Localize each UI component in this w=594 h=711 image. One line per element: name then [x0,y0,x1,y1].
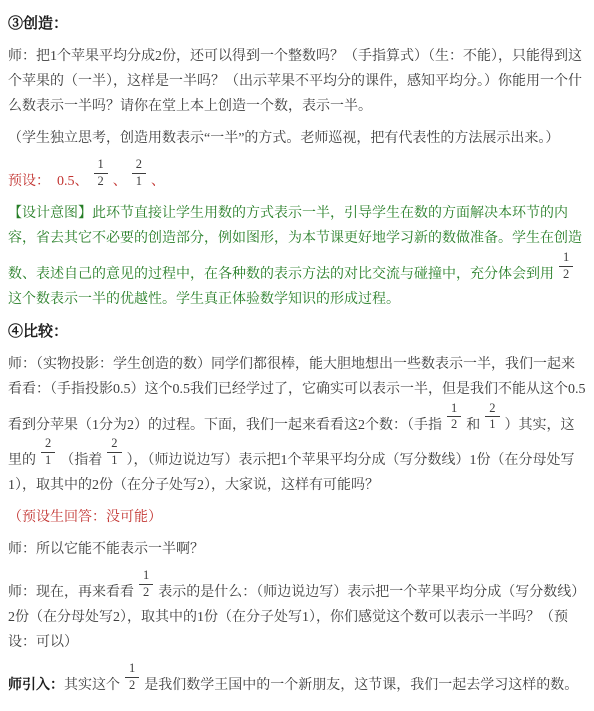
paragraph: 师：（实物投影：学生创造的数）同学们都很棒，能大胆地想出一些数表示一半，我们一起… [8,352,586,499]
text-run: 师：现在，再来看看 [8,585,134,600]
text-run: 其实这个 [64,678,120,693]
fraction-denominator: 2 [125,678,139,693]
fraction-denominator: 2 [94,174,108,189]
fraction: 21 [107,437,121,468]
fraction-denominator: 1 [107,453,121,468]
text-run: 这个数表示一半的优越性。学生真正体验数学知识的形成过程。 [8,292,400,307]
text-run: 、 [113,174,127,189]
paragraph: 师：现在，再来看看12表示的是什么：（师边说边写）表示把一个苹果平均分成（写分数… [8,569,586,655]
text-run: 、 [151,174,165,189]
text-run: （学生独立思考，创造用数表示“一半”的方式。老师巡视，把有代表性的方法展示出来。… [8,131,559,146]
text-run: ③创造： [8,16,68,32]
fraction-numerator: 2 [41,437,55,453]
fraction-denominator: 1 [132,174,146,189]
text-run: （指着 [60,453,102,468]
text-run: 师：所以它能不能表示一半啊？ [8,542,204,557]
fraction: 21 [41,437,55,468]
paragraph: 预设： 0.5、12、21、 [8,158,586,194]
section-heading: ④比较： [8,320,586,345]
fraction-denominator: 1 [41,453,55,468]
text-run: 师：把1个苹果平均分成2份，还可以得到一个整数吗？（手指算式）（生：不能），只能… [8,49,582,114]
text-run: 和 [466,417,480,432]
text-run: ④比较： [8,324,68,340]
fraction-numerator: 1 [447,402,461,418]
text-run: 【设计意图】此环节直接让学生用数的方式表示一半，引导学生在数的方面解决本环节的内… [8,206,582,282]
fraction: 12 [559,251,573,282]
document-body: ③创造：师：把1个苹果平均分成2份，还可以得到一个整数吗？（手指算式）（生：不能… [8,12,586,698]
section-heading: ③创造： [8,12,586,37]
fraction: 12 [94,158,108,189]
paragraph: 师：所以它能不能表示一半啊？ [8,537,586,562]
fraction-numerator: 2 [485,402,499,418]
fraction-denominator: 2 [139,585,153,600]
fraction-numerator: 2 [132,158,146,174]
fraction-numerator: 1 [125,662,139,678]
paragraph: 师引入：其实这个12是我们数学王国中的一个新朋友，这节课，我们一起去学习这样的数… [8,662,586,698]
fraction-denominator: 2 [559,267,573,282]
text-run: 师引入： [8,678,64,693]
fraction-numerator: 1 [139,569,153,585]
fraction-numerator: 2 [107,437,121,453]
fraction: 21 [132,158,146,189]
fraction: 12 [139,569,153,600]
fraction-denominator: 2 [447,417,461,432]
lesson-plan-page: ③创造：师：把1个苹果平均分成2份，还可以得到一个整数吗？（手指算式）（生：不能… [0,0,594,711]
paragraph: 【设计意图】此环节直接让学生用数的方式表示一半，引导学生在数的方面解决本环节的内… [8,201,586,312]
fraction: 12 [125,662,139,693]
text-run: 预设： 0.5、 [8,174,89,189]
paragraph: 师：把1个苹果平均分成2份，还可以得到一个整数吗？（手指算式）（生：不能），只能… [8,44,586,119]
fraction: 21 [485,402,499,433]
fraction-denominator: 1 [485,417,499,432]
paragraph: （学生独立思考，创造用数表示“一半”的方式。老师巡视，把有代表性的方法展示出来。… [8,126,586,151]
fraction-numerator: 1 [559,251,573,267]
paragraph: （预设生回答：没可能） [8,505,586,530]
fraction: 12 [447,402,461,433]
fraction-numerator: 1 [94,158,108,174]
text-run: （预设生回答：没可能） [8,510,162,525]
text-run: 是我们数学王国中的一个新朋友，这节课，我们一起去学习这样的数。 [144,678,578,693]
